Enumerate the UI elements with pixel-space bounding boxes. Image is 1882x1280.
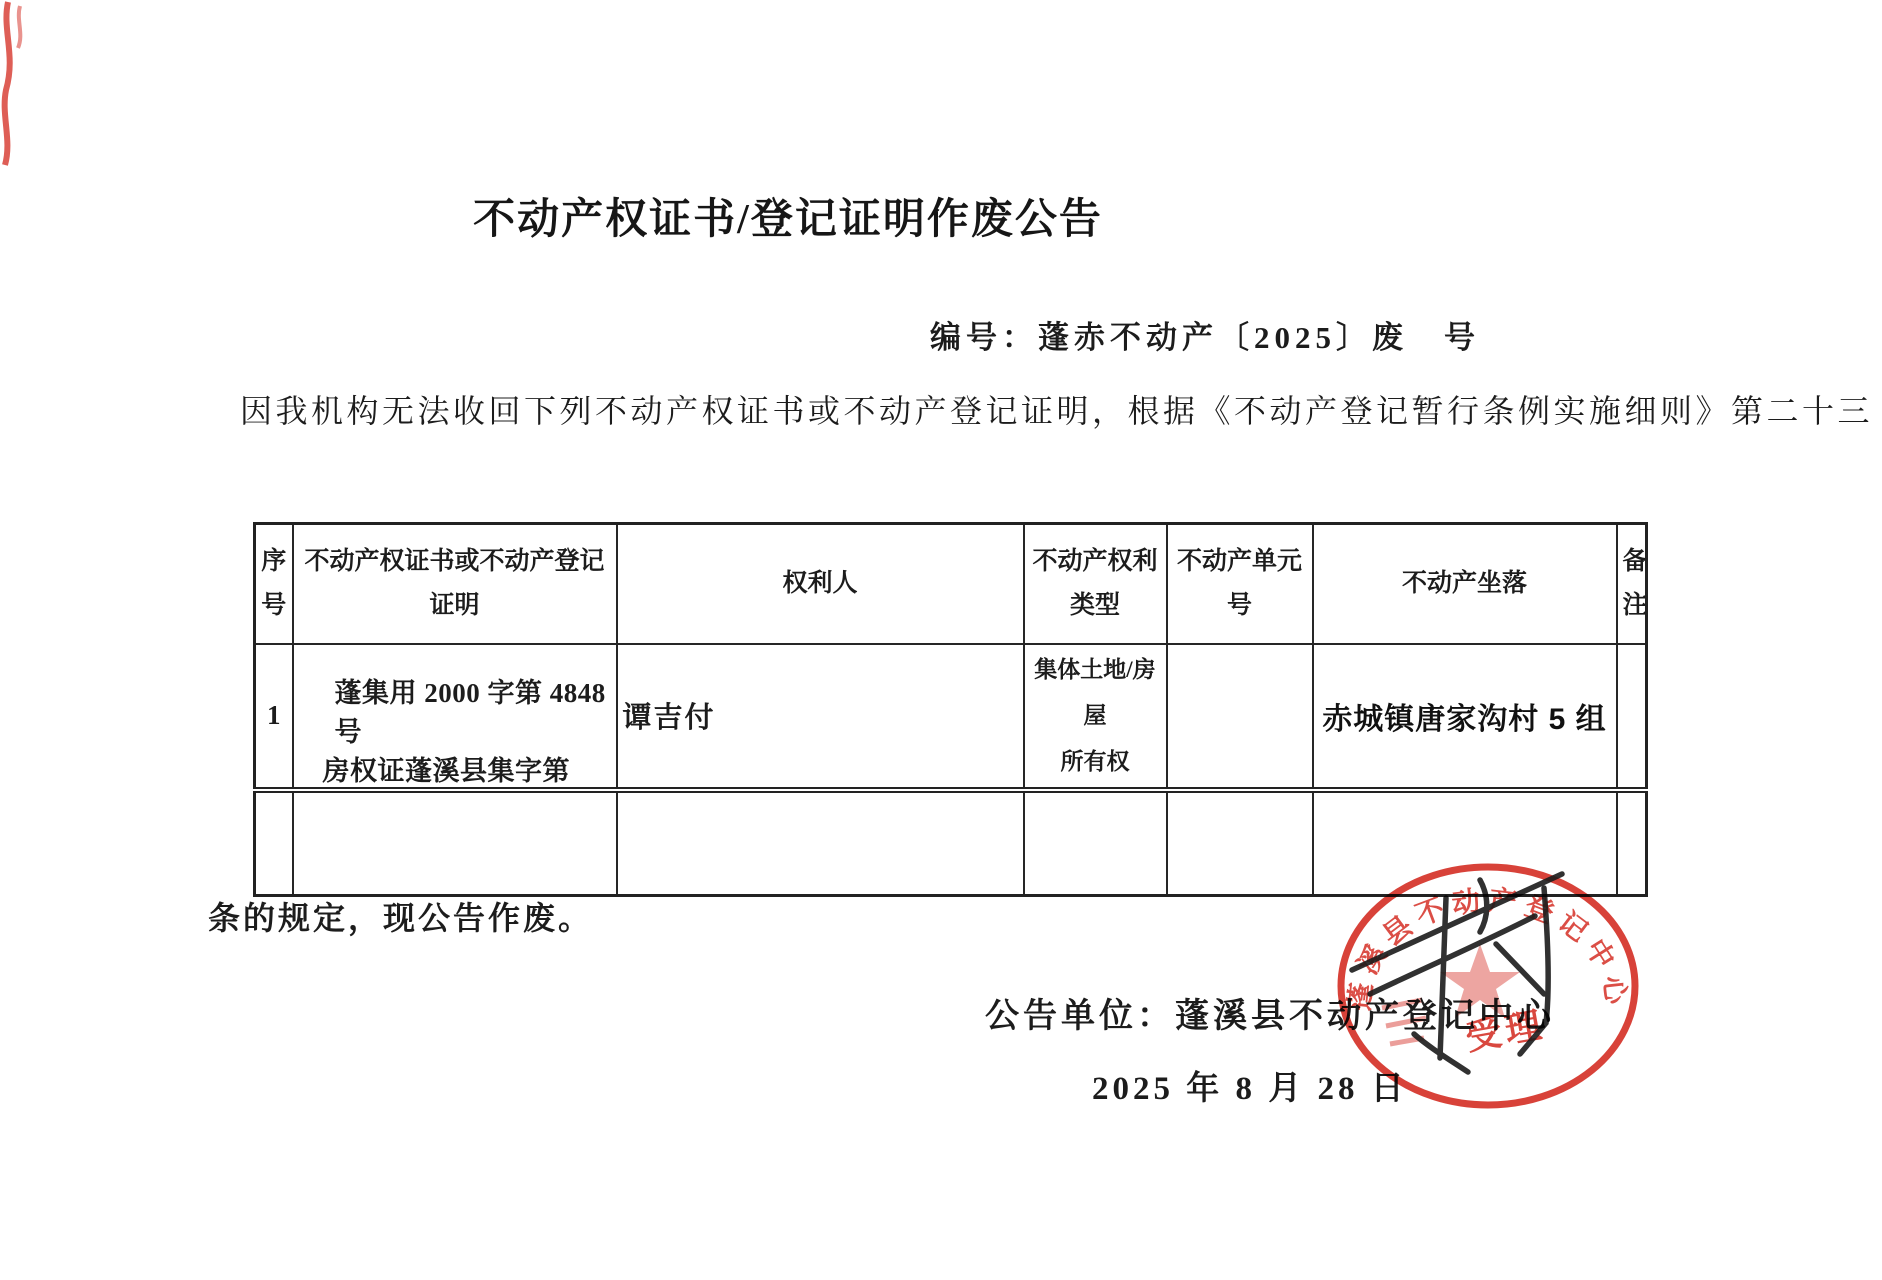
- cell-right-type: [1024, 790, 1167, 896]
- cell-unit-number: [1167, 790, 1313, 896]
- cell-seq: 1: [255, 644, 293, 790]
- invalidation-table-wrapper: 序号 不动产权证书或不动产登记证明 权利人 不动产权利类型 不动产单元号 不动产…: [253, 522, 1645, 897]
- official-seal: 蓬溪县不动产登记中心 受理: [1330, 858, 1652, 1122]
- table-row: 1 蓬集用 2000 字第 4848 号 房权证蓬溪县集字第 000140249…: [255, 644, 1647, 790]
- header-certificate: 不动产权证书或不动产登记证明: [293, 524, 617, 644]
- page-title: 不动产权证书/登记证明作废公告: [473, 186, 1103, 246]
- certificate-line-1: 蓬集用 2000 字第 4848 号: [323, 671, 607, 749]
- cell-location: 赤城镇唐家沟村 5 组: [1313, 644, 1617, 790]
- header-remark: 备注: [1617, 524, 1647, 644]
- closing-line: 条的规定，现公告作废。: [208, 893, 593, 939]
- header-seq: 序号: [255, 524, 293, 644]
- cell-remark: [1617, 644, 1647, 790]
- right-type-line-2: 所有权: [1030, 739, 1161, 785]
- certificate-lines: 蓬集用 2000 字第 4848 号 房权证蓬溪县集字第 000140249: [299, 663, 611, 769]
- cell-seq: [255, 790, 293, 896]
- table-header-row: 序号 不动产权证书或不动产登记证明 权利人 不动产权利类型 不动产单元号 不动产…: [255, 524, 1647, 644]
- header-unit-number: 不动产单元号: [1167, 524, 1313, 644]
- cell-right-type: 集体土地/房屋 所有权: [1024, 644, 1167, 790]
- cell-certificate: [293, 790, 617, 896]
- certificate-line-2: 房权证蓬溪县集字第 000140249: [323, 749, 607, 790]
- body-paragraph-line: 因我机构无法收回下列不动产权证书或不动产登记证明，根据《不动产登记暂行条例实施细…: [240, 386, 1873, 432]
- cell-holder: [617, 790, 1024, 896]
- scan-artifact-mark: [0, 0, 40, 170]
- doc-number-line: 编号：蓬赤不动产〔2025〕废 号: [930, 312, 1480, 357]
- cell-certificate: 蓬集用 2000 字第 4848 号 房权证蓬溪县集字第 000140249: [293, 644, 617, 790]
- header-holder: 权利人: [617, 524, 1024, 644]
- invalidation-table: 序号 不动产权证书或不动产登记证明 权利人 不动产权利类型 不动产单元号 不动产…: [253, 522, 1648, 897]
- header-right-type: 不动产权利类型: [1024, 524, 1167, 644]
- header-location: 不动产坐落: [1313, 524, 1617, 644]
- right-type-line-1: 集体土地/房屋: [1030, 647, 1161, 739]
- seal-badge-text: 受理: [1462, 1005, 1548, 1058]
- cell-unit-number: [1167, 644, 1313, 790]
- cell-holder: 谭吉付: [617, 644, 1024, 790]
- scanned-document-page: { "document": { "title": "不动产权证书/登记证明作废公…: [0, 0, 1882, 1280]
